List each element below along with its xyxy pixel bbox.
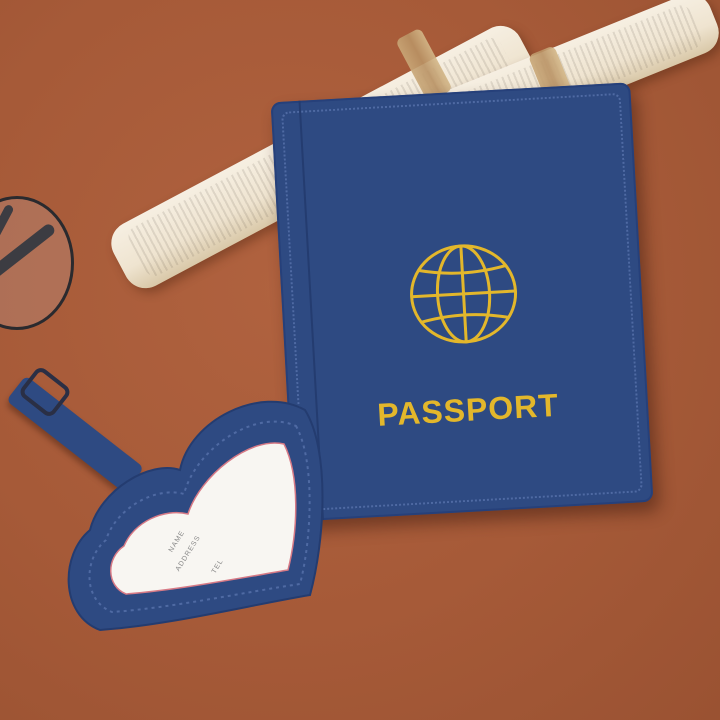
heart-luggage-tag	[60, 380, 330, 640]
product-photo-scene: PASSPORT NAME ADDRESS TEL	[0, 0, 720, 720]
globe-icon	[407, 241, 520, 347]
passport-title: PASSPORT	[287, 382, 649, 439]
